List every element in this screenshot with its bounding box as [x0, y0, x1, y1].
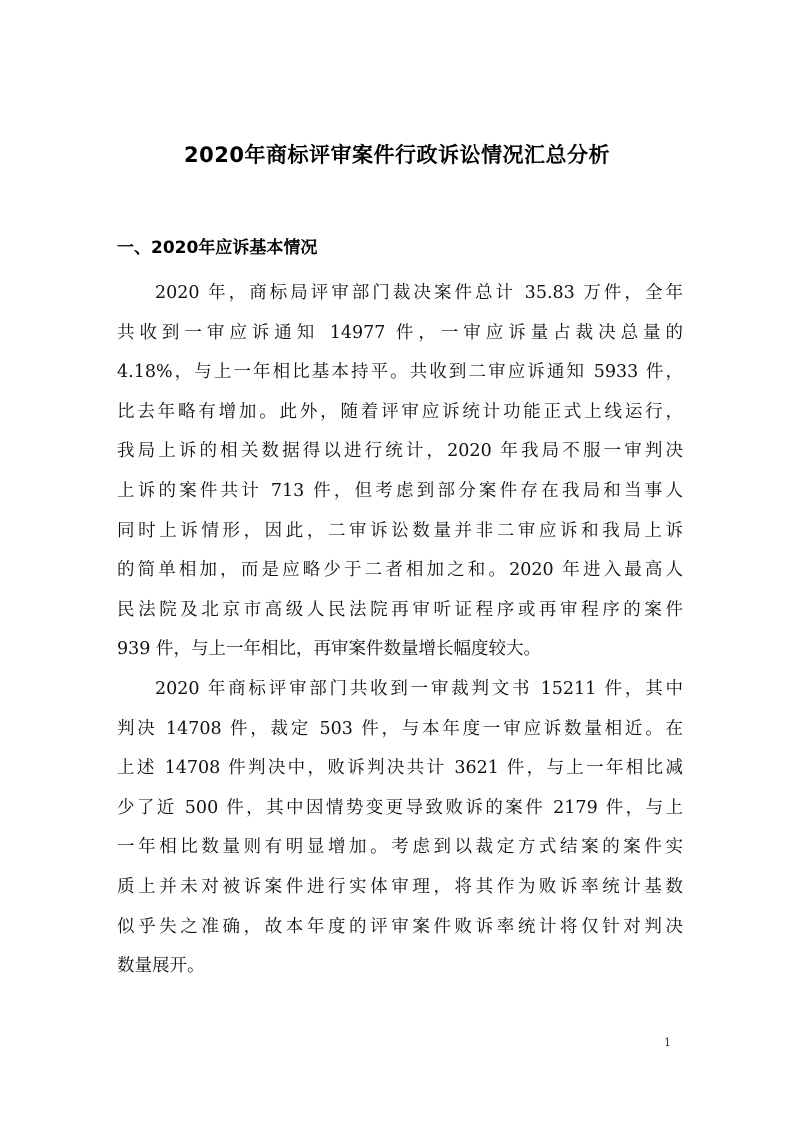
- paragraph-2-line: 上述 14708 件判决中，败诉判决共计 3621 件，与上一年相比减: [117, 749, 683, 789]
- paragraph-2-line: 数量展开。: [117, 947, 683, 987]
- paragraph-1-line: 2020 年，商标局评审部门裁决案件总计 35.83 万件，全年: [117, 274, 683, 314]
- paragraph-1-line: 的简单相加，而是应略少于二者相加之和。2020 年进入最高人: [117, 551, 683, 591]
- paragraph-2-line: 质上并未对被诉案件进行实体审理，将其作为败诉率统计基数: [117, 868, 683, 908]
- paragraph-2-line: 一年相比数量则有明显增加。考虑到以裁定方式结案的案件实: [117, 828, 683, 868]
- paragraph-1-line: 4.18%，与上一年相比基本持平。共收到二审应诉通知 5933 件，: [117, 353, 683, 393]
- page-number: 1: [664, 1036, 671, 1049]
- paragraph-1-line: 我局上诉的相关数据得以进行统计，2020 年我局不服一审判决: [117, 432, 683, 472]
- section-heading: 一、2020年应诉基本情况: [117, 234, 317, 262]
- paragraph-1-line: 比去年略有增加。此外，随着评审应诉统计功能正式上线运行，: [117, 393, 683, 433]
- document-page: 2020年商标评审案件行政诉讼情况汇总分析 一、2020年应诉基本情况 2020…: [0, 0, 794, 1123]
- paragraph-1-line: 上诉的案件共计 713 件，但考虑到部分案件存在我局和当事人: [117, 472, 683, 512]
- document-title: 2020年商标评审案件行政诉讼情况汇总分析: [0, 140, 794, 170]
- paragraph-2-line: 2020 年商标评审部门共收到一审裁判文书 15211 件，其中: [117, 670, 683, 710]
- paragraph-2-line: 判决 14708 件，裁定 503 件，与本年度一审应诉数量相近。在: [117, 710, 683, 750]
- paragraph-1-line: 民法院及北京市高级人民法院再审听证程序或再审程序的案件: [117, 591, 683, 631]
- paragraph-1-line: 939 件，与上一年相比，再审案件数量增长幅度较大。: [117, 630, 683, 670]
- paragraph-2-line: 似乎失之准确，故本年度的评审案件败诉率统计将仅针对判决: [117, 908, 683, 948]
- paragraph-1-line: 共收到一审应诉通知 14977 件，一审应诉量占裁决总量的: [117, 314, 683, 354]
- paragraph-1-line: 同时上诉情形，因此，二审诉讼数量并非二审应诉和我局上诉: [117, 512, 683, 552]
- paragraph-2-line: 少了近 500 件，其中因情势变更导致败诉的案件 2179 件，与上: [117, 789, 683, 829]
- document-body: 2020 年，商标局评审部门裁决案件总计 35.83 万件，全年 共收到一审应诉…: [117, 274, 683, 987]
